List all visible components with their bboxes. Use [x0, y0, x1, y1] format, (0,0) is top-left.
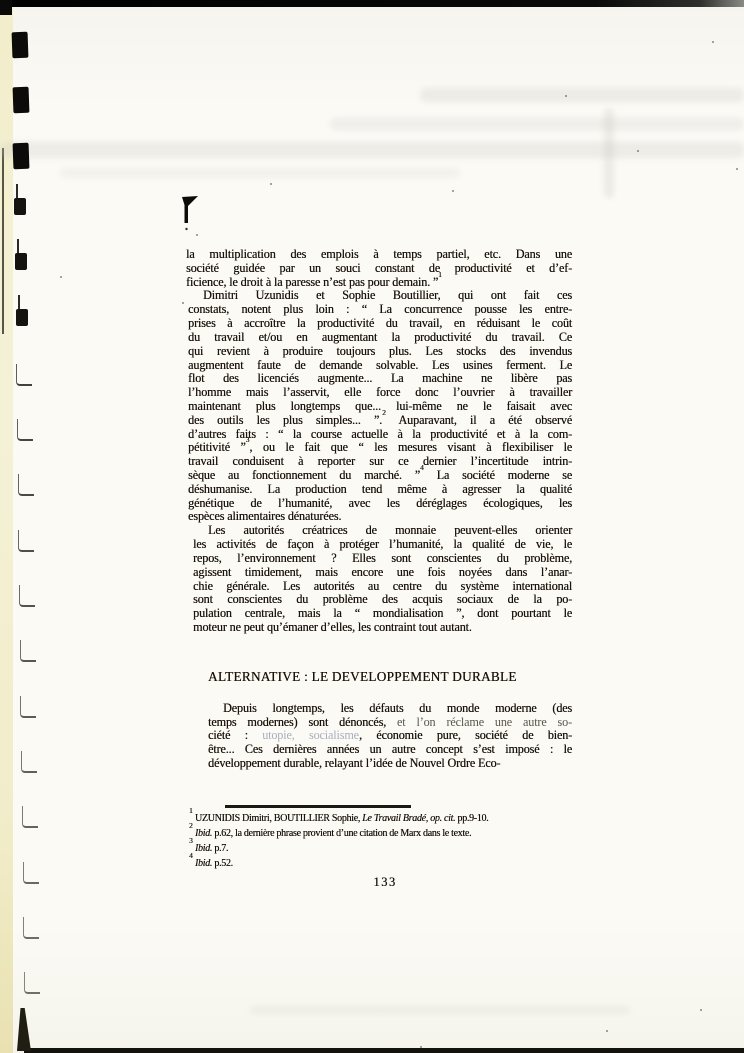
text-run: chie générale. Les autorités au centre d… [193, 579, 572, 593]
text-run: espèces alimentaires dénaturées. [188, 509, 341, 523]
text-run: 1 [438, 270, 442, 279]
text-run: l’homme mais l’asservit, elle force donc… [188, 385, 572, 399]
text-run: ficience, le droit à la paresse n’est pa… [186, 275, 438, 289]
footnotes: 1 UZUNIDIS Dimitri, BOUTILLIER Sophie, L… [189, 811, 577, 871]
text-run: agissent timidement, mais encore une foi… [193, 565, 572, 579]
text-run: pétitivité ” [188, 440, 246, 454]
text-run: , économie pure, société de bien- [359, 728, 572, 742]
footnote-marker: 3 [189, 836, 193, 845]
text-run: La société moderne se [424, 468, 572, 482]
scan-top-edge [0, 0, 744, 7]
scan-speck [700, 1009, 702, 1011]
text-line: pulation centrale, mais la “ mondialisat… [193, 607, 572, 621]
text-run: moteur ne peut qu’émaner d’elles, les co… [193, 620, 472, 634]
text-run: augmentent faute de demande solvable. Le… [188, 358, 572, 372]
paragraph: Depuis longtemps, les défauts du monde m… [208, 702, 572, 771]
scan-speck [270, 183, 272, 185]
text-line: repos, l’environnement ? Elles sont cons… [193, 552, 572, 566]
text-line: moteur ne peut qu’émaner d’elles, les co… [193, 621, 572, 635]
section-heading: ALTERNATIVE : LE DEVELOPPEMENT DURABLE [208, 668, 572, 686]
scan-speck [712, 41, 714, 43]
text-run: Ibid. [195, 843, 212, 854]
text-line: prises à accroître la productivité du tr… [188, 317, 572, 331]
text-run: prises à accroître la productivité du tr… [188, 316, 572, 330]
footnote: 1 UZUNIDIS Dimitri, BOUTILLIER Sophie, L… [189, 811, 577, 826]
binding-mark [16, 309, 28, 326]
scan-speck [565, 95, 567, 97]
text-run: Le Travail Bradé [362, 813, 426, 824]
page-number: 133 [185, 875, 585, 890]
scan-speck [60, 276, 62, 278]
text-run: Dimitri Uzunidis et Sophie Boutillier, q… [203, 288, 572, 302]
scan-speck [196, 234, 198, 236]
footnote-marker: 4 [189, 851, 193, 860]
scan-speck [736, 168, 738, 170]
text-run: , ou le fait que “ les mesures visant à … [249, 440, 572, 454]
text-line: Depuis longtemps, les défauts du monde m… [208, 702, 572, 716]
scanned-page: la multiplication des emplois à temps pa… [0, 0, 744, 1053]
text-line: ficience, le droit à la paresse n’est pa… [186, 276, 572, 290]
text-line: flot des licenciés augmente... La machin… [188, 372, 572, 386]
text-run: maintenant plus longtemps que... lui-mêm… [188, 399, 572, 413]
text-run: Ibid. [195, 828, 212, 839]
binding-mark [22, 806, 38, 828]
text-run: Depuis longtemps, les défauts du monde m… [223, 701, 572, 715]
text-line: chie générale. Les autorités au centre d… [193, 580, 572, 594]
text-run: société guidée par un souci constant de … [186, 261, 572, 275]
text-line: qui revient à produire toujours plus. Le… [188, 345, 572, 359]
binding-mark [20, 640, 36, 662]
text-run: la multiplication des emplois à temps pa… [186, 247, 572, 261]
text-line: constats, notent plus loin : “ La concur… [188, 303, 572, 317]
text-run: du travail et/ou en augmentant la produc… [188, 330, 572, 344]
text-line: espèces alimentaires dénaturées. [188, 510, 572, 524]
scan-smudge [0, 142, 744, 158]
corner-mark-icon [182, 196, 202, 234]
text-line: société guidée par un souci constant de … [186, 262, 572, 276]
text-run: pp.9-10. [455, 813, 488, 824]
text-line: les activités de façon à protéger l’huma… [193, 538, 572, 552]
text-run: développement durable, relayant l’idée d… [208, 756, 500, 770]
text-run: les activités de façon à protéger l’huma… [193, 537, 572, 551]
binding-mark [13, 142, 30, 169]
text-run: sèque au fonctionnement du marché. ” [188, 468, 420, 482]
text-run: repos, l’environnement ? Elles sont cons… [193, 551, 572, 565]
text-run: flot des licenciés augmente... La machin… [188, 371, 572, 385]
text-line: du travail et/ou en augmentant la produc… [188, 331, 572, 345]
scan-speck [182, 302, 184, 304]
binding-mark [12, 32, 29, 59]
text-line: déshumanise. La production tend même à a… [188, 483, 572, 497]
text-run: UZUNIDIS Dimitri, BOUTILLIER Sophie, [195, 813, 362, 824]
text-line: pétitivité ”3, ou le fait que “ les mesu… [188, 441, 572, 455]
text-run: génétique de l’humanité, avec les dérégl… [188, 496, 572, 510]
scan-speck [420, 1046, 422, 1048]
text-run: 2 [382, 408, 386, 417]
text-run: qui revient à produire toujours plus. Le… [188, 344, 572, 358]
text-run: p.62, la dernière phrase provient d’une … [212, 828, 471, 839]
binding-mark [24, 972, 40, 994]
text-line: des outils les plus simples... ”.2 Aupar… [188, 414, 572, 428]
binding-mark [23, 917, 39, 939]
text-run: Les autorités créatrices de monnaie peuv… [208, 523, 572, 537]
text-run: des outils les plus simples... ”. [188, 413, 382, 427]
text-line: Dimitri Uzunidis et Sophie Boutillier, q… [188, 289, 572, 303]
binding-mark [18, 530, 34, 552]
paragraph: Dimitri Uzunidis et Sophie Boutillier, q… [188, 289, 572, 524]
text-run: Ibid. [195, 858, 212, 869]
footnote-marker: 2 [189, 821, 193, 830]
text-line: développement durable, relayant l’idée d… [208, 757, 572, 771]
text-run: sont conscientes du problème des acquis … [193, 592, 572, 606]
binding-mark [16, 364, 32, 386]
binding-mark [23, 862, 39, 884]
text-run: et l’on réclame une autre so- [397, 715, 572, 729]
binding-mark [19, 585, 35, 607]
text-line: être... Ces dernières années un autre co… [208, 743, 572, 757]
text-run: ciété : [208, 728, 262, 742]
text-run: être... Ces dernières années un autre co… [208, 742, 572, 756]
text-line: Les autorités créatrices de monnaie peuv… [193, 524, 572, 538]
text-run: 4 [420, 463, 424, 472]
text-run: travail conduisent à reporter sur ce der… [188, 454, 572, 468]
binding-mark [18, 474, 34, 496]
text-run: p.7. [212, 843, 228, 854]
text-run: temps modernes) sont dénoncés, [208, 715, 397, 729]
scan-top-left-corner [0, 0, 12, 15]
scan-smudge [604, 108, 614, 198]
text-run: Auparavant, il a été observé [386, 413, 572, 427]
binding-mark [20, 696, 36, 718]
binding-mark [14, 198, 26, 215]
scan-smudge [420, 88, 744, 102]
text-line: la multiplication des emplois à temps pa… [186, 248, 572, 262]
text-line: sont conscientes du problème des acquis … [193, 593, 572, 607]
footnote-marker: 1 [189, 806, 193, 815]
footnote-rule [225, 805, 411, 808]
binding-mark [15, 253, 27, 270]
page-text: la multiplication des emplois à temps pa… [186, 248, 572, 771]
text-run: p.52. [212, 858, 233, 869]
footnote: 3 Ibid. p.7. [189, 841, 577, 856]
text-run: 3 [246, 435, 250, 444]
text-line: augmentent faute de demande solvable. Le… [188, 359, 572, 373]
text-run: déshumanise. La production tend même à a… [188, 482, 572, 496]
text-line: génétique de l’humanité, avec les dérégl… [188, 497, 572, 511]
paragraph: Les autorités créatrices de monnaie peuv… [193, 524, 572, 635]
paragraph: la multiplication des emplois à temps pa… [186, 248, 572, 289]
binding-mark [12, 87, 29, 114]
text-line: l’homme mais l’asservit, elle force donc… [188, 386, 572, 400]
text-run: op. cit. [430, 813, 455, 824]
scan-speck [452, 190, 454, 192]
binding-mark [17, 419, 33, 441]
scan-smudge [60, 168, 460, 178]
text-run: utopie, socialisme [262, 728, 359, 742]
text-line: travail conduisent à reporter sur ce der… [188, 455, 572, 469]
text-line: sèque au fonctionnement du marché. ”4 La… [188, 469, 572, 483]
text-run: constats, notent plus loin : “ La concur… [188, 302, 572, 316]
binding-mark [21, 751, 37, 773]
scan-speck [637, 150, 639, 152]
text-run: pulation centrale, mais la “ mondialisat… [193, 606, 572, 620]
scan-bottom-shadow [17, 1008, 31, 1051]
text-line: agissent timidement, mais encore une foi… [193, 566, 572, 580]
scan-bottom-edge [24, 1048, 744, 1053]
scan-speck [606, 1030, 608, 1032]
scan-smudge [330, 118, 744, 130]
page-crease-line [2, 148, 4, 334]
footnote: 2 Ibid. p.62, la dernière phrase provien… [189, 826, 577, 841]
scan-smudge [250, 1006, 630, 1014]
text-line: maintenant plus longtemps que... lui-mêm… [188, 400, 572, 414]
footnote: 4 Ibid. p.52. [189, 856, 577, 871]
text-line: ciété : utopie, socialisme, économie pur… [208, 729, 572, 743]
